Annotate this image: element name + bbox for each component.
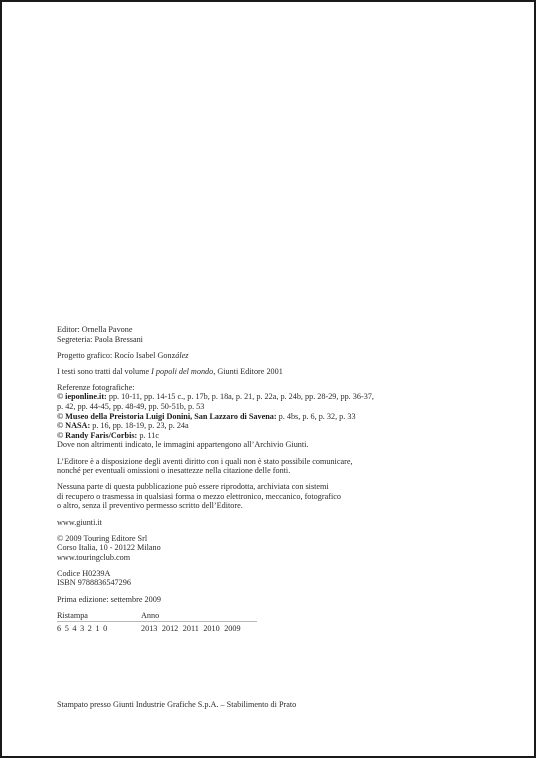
printer-info: Stampato presso Giunti Industrie Grafich… [57,700,296,710]
anno-label: Anno [141,611,257,621]
reprint-number: 0 [103,624,107,633]
reprint-number: 5 [65,624,69,633]
photo-credit-source: © ieponline.it: [57,392,107,401]
publisher-address: Corso Italia, 10 - 20122 Milano [57,543,477,553]
photo-credit-entry: © Museo della Preistoria Luigi Donini, S… [57,412,477,422]
rights-line: Nessuna parte di questa pubblicazione pu… [57,482,477,492]
reprint-years: 20132012201120102009 [141,624,257,634]
photo-credits: Referenze fotografiche: © ieponline.it: … [57,383,477,450]
reprint-numbers: 6543210 [57,624,141,634]
graphic-design-label: Progetto grafico: [57,351,114,360]
rights-line: o altro, senza il preventivo permesso sc… [57,501,477,511]
photo-credit-entry: © NASA: p. 16, pp. 18-19, p. 23, p. 24a [57,421,477,431]
source-book-title: I popoli del mondo [151,367,213,376]
reprint-year: 2009 [224,624,240,633]
book-codes: Codice H0239A ISBN 9788836547296 [57,569,477,588]
source-suffix: , Giunti Editore 2001 [213,367,283,376]
edition-info: Prima edizione: settembre 2009 [57,595,477,605]
photo-credit-pages: p. 16, pp. 18-19, p. 23, p. 24a [90,421,188,430]
publisher-copyright: © 2009 Touring Editore Srl [57,534,477,544]
photo-credit-pages: p. 11c [137,431,159,440]
ristampa-label: Ristampa [57,611,141,621]
giunti-website-text: www.giunti.it [57,518,477,528]
source-prefix: I testi sono tratti dal volume [57,367,151,376]
photo-credits-footer: Dove non altrimenti indicato, le immagin… [57,440,477,450]
reprint-number: 3 [80,624,84,633]
photo-credit-entry: © Randy Faris/Corbis: p. 11c [57,431,477,441]
reprint-year: 2013 [141,624,157,633]
publisher-website: www.touringclub.com [57,553,477,563]
reprint-table-header: Ristampa Anno [57,611,257,623]
photo-credit-source: © NASA: [57,421,90,430]
rights-notice: Nessuna parte di questa pubblicazione pu… [57,482,477,511]
colophon-page: Editor: Ornella Pavone Segreteria: Paola… [0,0,536,758]
photo-credit-source: © Museo della Preistoria Luigi Donini, S… [57,412,277,421]
reprint-number: 6 [57,624,61,633]
first-edition: Prima edizione: settembre 2009 [57,595,477,605]
editor-credit: Editor: Ornella Pavone [57,325,477,335]
disclaimer-line: L’Editore è a disposizione degli aventi … [57,457,477,467]
graphic-design-name: Rocío Isabel Gonz [114,351,175,360]
photo-credits-heading: Referenze fotografiche: [57,383,477,393]
colophon-text: Editor: Ornella Pavone Segreteria: Paola… [57,325,477,634]
photo-credit-pages: p. 4bs, p. 6, p. 32, p. 33 [277,412,356,421]
staff-credits: Editor: Ornella Pavone Segreteria: Paola… [57,325,477,344]
publisher-info: © 2009 Touring Editore Srl Corso Italia,… [57,534,477,563]
graphic-design-credit: Progetto grafico: Rocío Isabel González [57,351,477,361]
rights-line: di recupero o trasmessa in qualsiasi for… [57,492,477,502]
text-source: I testi sono tratti dal volume I popoli … [57,367,477,377]
giunti-website: www.giunti.it [57,518,477,528]
photo-credit-pages: p. 42, pp. 44-45, pp. 48-49, pp. 50-51b,… [57,402,204,411]
reprint-number: 2 [88,624,92,633]
reprint-number: 1 [95,624,99,633]
secretariat-credit: Segreteria: Paola Bressani [57,335,477,345]
reprint-year: 2011 [183,624,199,633]
disclaimer-line: nonché per eventuali omissioni o inesatt… [57,466,477,476]
reprint-year: 2012 [162,624,178,633]
reprint-year: 2010 [203,624,219,633]
product-code: Codice H0239A [57,569,477,579]
photo-credit-entry: © ieponline.it: pp. 10-11, pp. 14-15 c.,… [57,392,477,402]
reprint-number: 4 [72,624,76,633]
editor-disclaimer: L’Editore è a disposizione degli aventi … [57,457,477,476]
reprint-table-row: 6543210 20132012201120102009 [57,624,257,634]
graphic-design-name-italic: ález [175,351,188,360]
reprint-table: Ristampa Anno 6543210 201320122011201020… [57,611,257,634]
photo-credit-entry: p. 42, pp. 44-45, pp. 48-49, pp. 50-51b,… [57,402,477,412]
photo-credit-pages: pp. 10-11, pp. 14-15 c., p. 17b, p. 18a,… [107,392,374,401]
isbn: ISBN 9788836547296 [57,578,477,588]
photo-credit-source: © Randy Faris/Corbis: [57,431,137,440]
